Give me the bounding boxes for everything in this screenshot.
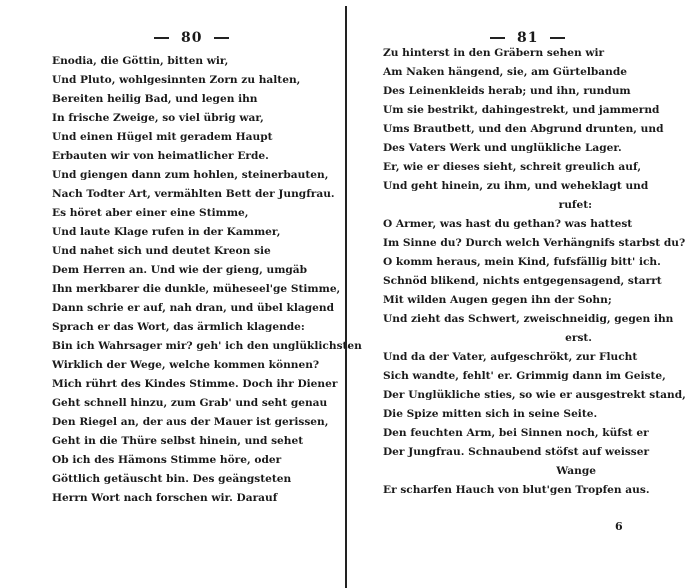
page-number-text: 80 — [181, 30, 202, 46]
verse-block-left: Enodia, die Göttin, bitten wir,Und Pluto… — [52, 52, 342, 508]
verse-line: Enodia, die Göttin, bitten wir, — [52, 52, 342, 71]
verse-line: Des Leinenkleids herab; und ihn, rundum — [383, 82, 688, 101]
verse-line: Der Jungfrau. Schnaubend stöfst auf weis… — [383, 443, 688, 462]
verse-line: Und zieht das Schwert, zweischneidig, ge… — [383, 310, 688, 329]
verse-line: Es höret aber einer eine Stimme, — [52, 204, 342, 223]
verse-block-right: Zu hinterst in den Gräbern sehen wirAm N… — [383, 44, 688, 500]
verse-line: O Armer, was hast du gethan? was hattest — [383, 215, 688, 234]
verse-line: Und laute Klage rufen in der Kammer, — [52, 223, 342, 242]
verse-line: Am Naken hängend, sie, am Gürtelbande — [383, 63, 688, 82]
verse-line: Die Spize mitten sich in seine Seite. — [383, 405, 688, 424]
verse-line: Im Sinne du? Durch welch Verhängnifs sta… — [383, 234, 688, 253]
right-page: 81 Zu hinterst in den Gräbern sehen wirA… — [348, 0, 698, 588]
signature-mark: 6 — [615, 520, 623, 533]
verse-line: Göttlich getäuscht bin. Des geängsteten — [52, 470, 342, 489]
verse-line: Den Riegel an, der aus der Mauer ist ger… — [52, 413, 342, 432]
verse-line: Und geht hinein, zu ihm, und weheklagt u… — [383, 177, 688, 196]
verse-line: Und Pluto, wohlgesinnten Zorn zu halten, — [52, 71, 342, 90]
verse-line: Dem Herren an. Und wie der gieng, umgäb — [52, 261, 342, 280]
verse-line: Sich wandte, fehlt' er. Grimmig dann im … — [383, 367, 688, 386]
verse-line: Ob ich des Hämons Stimme höre, oder — [52, 451, 342, 470]
page-gutter-divider — [345, 6, 347, 588]
verse-line-continuation: Wange — [383, 462, 688, 481]
verse-line: Bin ich Wahrsager mir? geh' ich den ungl… — [52, 337, 342, 356]
verse-line: Und da der Vater, aufgeschrökt, zur Fluc… — [383, 348, 688, 367]
verse-line: Wirklich der Wege, welche kommen können? — [52, 356, 342, 375]
verse-line-continuation: erst. — [383, 329, 688, 348]
verse-line: O komm heraus, mein Kind, fufsfällig bit… — [383, 253, 688, 272]
left-page: 80 Enodia, die Göttin, bitten wir,Und Pl… — [0, 0, 345, 588]
verse-line: Mit wilden Augen gegen ihn der Sohn; — [383, 291, 688, 310]
dash-ornament — [154, 37, 169, 39]
verse-line: Und nahet sich und deutet Kreon sie — [52, 242, 342, 261]
dash-ornament — [490, 37, 505, 39]
verse-line: Bereiten heilig Bad, und legen ihn — [52, 90, 342, 109]
verse-line: Der Unglükliche sties, so wie er ausgest… — [383, 386, 688, 405]
verse-line: Dann schrie er auf, nah dran, und übel k… — [52, 299, 342, 318]
verse-line: Ihn merkbarer die dunkle, müheseel'ge St… — [52, 280, 342, 299]
verse-line: Und einen Hügel mit geradem Haupt — [52, 128, 342, 147]
verse-line: Und giengen dann zum hohlen, steinerbaut… — [52, 166, 342, 185]
verse-line-continuation: rufet: — [383, 196, 688, 215]
verse-line: Nach Todter Art, vermählten Bett der Jun… — [52, 185, 342, 204]
verse-line: Mich rührt des Kindes Stimme. Doch ihr D… — [52, 375, 342, 394]
verse-line: Geht in die Thüre selbst hinein, und seh… — [52, 432, 342, 451]
verse-line: In frische Zweige, so viel übrig war, — [52, 109, 342, 128]
verse-line: Des Vaters Werk und unglükliche Lager. — [383, 139, 688, 158]
verse-line: Er, wie er dieses sieht, schreit greulic… — [383, 158, 688, 177]
verse-line: Um sie bestrikt, dahingestrekt, und jamm… — [383, 101, 688, 120]
verse-line: Sprach er das Wort, das ärmlich klagende… — [52, 318, 342, 337]
verse-line: Schnöd blikend, nichts entgegensagend, s… — [383, 272, 688, 291]
verse-line: Den feuchten Arm, bei Sinnen noch, küfst… — [383, 424, 688, 443]
dash-ornament — [214, 37, 229, 39]
verse-line: Geht schnell hinzu, zum Grab' und seht g… — [52, 394, 342, 413]
verse-line: Ums Brautbett, und den Abgrund drunten, … — [383, 120, 688, 139]
verse-line: Herrn Wort nach forschen wir. Darauf — [52, 489, 342, 508]
verse-line: Zu hinterst in den Gräbern sehen wir — [383, 44, 688, 63]
verse-line: Er scharfen Hauch von blut'gen Tropfen a… — [383, 481, 688, 500]
dash-ornament — [550, 37, 565, 39]
verse-line: Erbauten wir von heimatlicher Erde. — [52, 147, 342, 166]
page-number-left: 80 — [142, 30, 241, 46]
